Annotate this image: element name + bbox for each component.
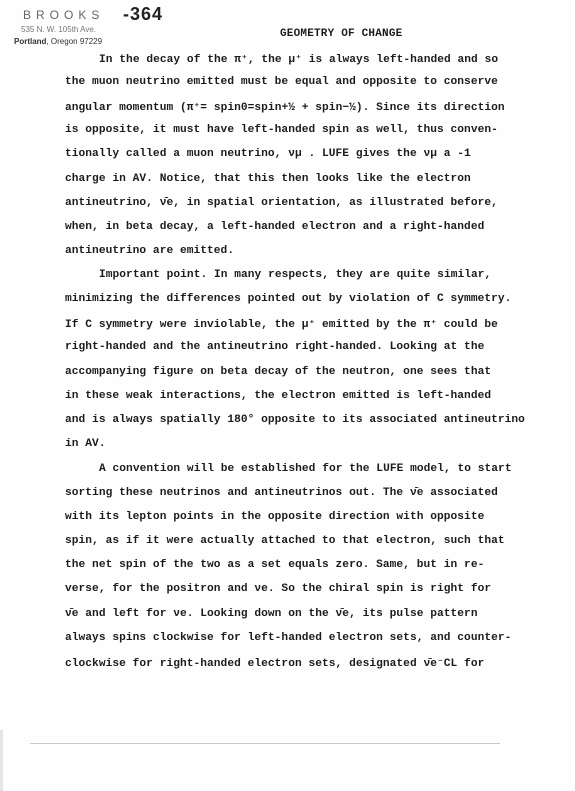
text-line: is opposite, it must have left-handed sp… bbox=[65, 124, 498, 136]
text-line: right-handed and the antineutrino right-… bbox=[65, 341, 484, 353]
text-line: antineutrino are emitted. bbox=[65, 245, 234, 257]
page-number-handwritten: -364 bbox=[123, 4, 163, 25]
document-page: BROOKS -364 535 N. W. 105th Ave. Portlan… bbox=[0, 0, 575, 791]
stamp-city-line: Portland, Oregon 97229 bbox=[14, 37, 102, 46]
text-line: spin, as if it were actually attached to… bbox=[65, 535, 505, 547]
text-line: accompanying figure on beta decay of the… bbox=[65, 366, 491, 378]
text-line: ν̄e and left for νe. Looking down on the… bbox=[65, 608, 478, 620]
text-line: A convention will be established for the… bbox=[99, 463, 512, 475]
text-line: in AV. bbox=[65, 438, 106, 450]
scan-edge-line bbox=[30, 743, 500, 744]
text-line: minimizing the differences pointed out b… bbox=[65, 293, 511, 305]
stamp-city: Portland bbox=[14, 37, 46, 46]
stamp-name: BROOKS bbox=[23, 8, 104, 22]
text-line: Important point. In many respects, they … bbox=[99, 269, 491, 281]
text-line: clockwise for right-handed electron sets… bbox=[65, 656, 484, 670]
scan-edge-shadow bbox=[0, 730, 3, 791]
text-line: verse, for the positron and νe. So the c… bbox=[65, 583, 491, 595]
page-title: GEOMETRY OF CHANGE bbox=[280, 28, 402, 40]
text-line: In the decay of the π⁺, the μ⁺ is always… bbox=[99, 52, 498, 66]
stamp-state-zip: Oregon 97229 bbox=[51, 37, 102, 46]
text-line: when, in beta decay, a left-handed elect… bbox=[65, 221, 484, 233]
text-line: tionally called a muon neutrino, νμ . LU… bbox=[65, 148, 471, 160]
text-line: the net spin of the two as a set equals … bbox=[65, 559, 484, 571]
text-line: with its lepton points in the opposite d… bbox=[65, 511, 484, 523]
text-line: charge in AV. Notice, that this then loo… bbox=[65, 173, 471, 185]
text-line: angular momentum (π⁺= spin0=spin+½ + spi… bbox=[65, 100, 505, 114]
text-line: the muon neutrino emitted must be equal … bbox=[65, 76, 498, 88]
text-line: in these weak interactions, the electron… bbox=[65, 390, 491, 402]
text-line: always spins clockwise for left-handed e… bbox=[65, 632, 511, 644]
text-line: antineutrino, ν̄e, in spatial orientatio… bbox=[65, 197, 498, 209]
text-line: sorting these neutrinos and antineutrino… bbox=[65, 487, 498, 499]
text-line: If C symmetry were inviolable, the μ⁺ em… bbox=[65, 317, 498, 331]
text-line: and is always spatially 180° opposite to… bbox=[65, 414, 525, 426]
stamp-address: 535 N. W. 105th Ave. bbox=[21, 25, 96, 34]
